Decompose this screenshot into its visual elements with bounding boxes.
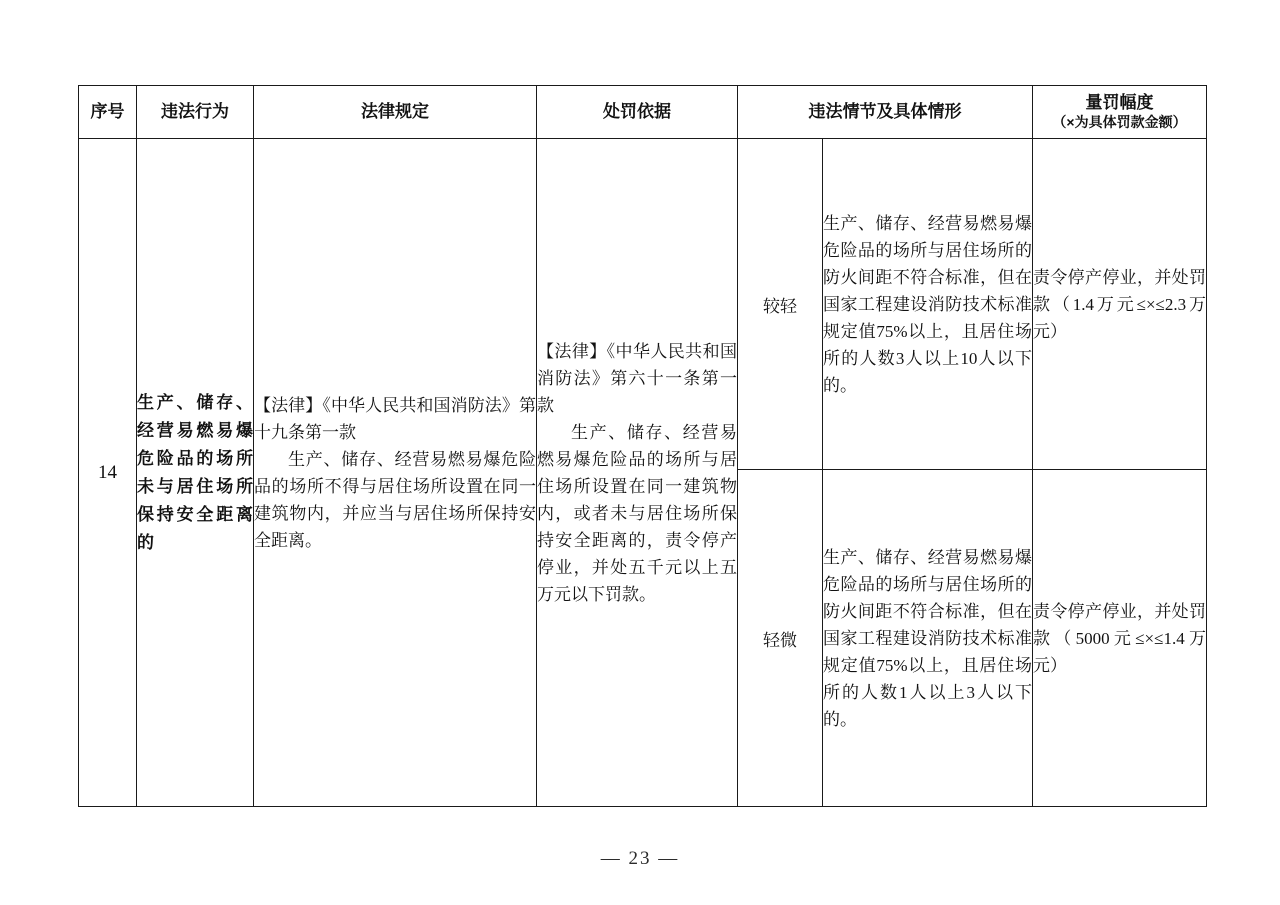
legal-provision-body: 生产、储存、经营易燃易爆危险品的场所不得与居住场所设置在同一建筑物内，并应当与居… bbox=[254, 446, 536, 554]
page-number: — 23 — bbox=[0, 848, 1280, 870]
penalty-basis-cell: 【法律】《中华人民共和国消防法》第六十一条第一款 生产、储存、经营易燃易爆危险品… bbox=[537, 139, 738, 807]
circumstance-description-cell: 生产、储存、经营易燃易爆危险品的场所与居住场所的防火间距不符合标准，但在国家工程… bbox=[823, 470, 1033, 807]
circumstance-description-cell: 生产、储存、经营易燃易爆危险品的场所与居住场所的防火间距不符合标准，但在国家工程… bbox=[823, 139, 1033, 470]
header-index: 序号 bbox=[79, 86, 137, 139]
header-penalty-range-line2: （×为具体罚款金额） bbox=[1033, 114, 1206, 132]
severity-cell: 轻微 bbox=[738, 470, 823, 807]
behavior-cell: 生产、储存、经营易燃易爆危险品的场所未与居住场所保持安全距离的 bbox=[137, 139, 254, 807]
header-behavior: 违法行为 bbox=[137, 86, 254, 139]
penalty-basis-body: 生产、储存、经营易燃易爆危险品的场所与居住场所设置在同一建筑物内，或者未与居住场… bbox=[537, 419, 737, 608]
legal-provision-cell: 【法律】《中华人民共和国消防法》第十九条第一款 生产、储存、经营易燃易爆危险品的… bbox=[254, 139, 537, 807]
penalty-range-cell: 责令停产停业，并处罚款（1.4万元≤×≤2.3万元） bbox=[1033, 139, 1207, 470]
header-legal-provision: 法律规定 bbox=[254, 86, 537, 139]
legal-provision-title: 【法律】《中华人民共和国消防法》第十九条第一款 bbox=[254, 392, 536, 446]
table-header-row: 序号 违法行为 法律规定 处罚依据 违法情节及具体情形 量罚幅度 （×为具体罚款… bbox=[79, 86, 1207, 139]
severity-cell: 较轻 bbox=[738, 139, 823, 470]
header-penalty-range-line1: 量罚幅度 bbox=[1086, 93, 1154, 112]
row-index-cell: 14 bbox=[79, 139, 137, 807]
table-row: 14 生产、储存、经营易燃易爆危险品的场所未与居住场所保持安全距离的 【法律】《… bbox=[79, 139, 1207, 470]
penalty-basis-title: 【法律】《中华人民共和国消防法》第六十一条第一款 bbox=[537, 338, 737, 419]
header-circumstances: 违法情节及具体情形 bbox=[738, 86, 1033, 139]
header-penalty-basis: 处罚依据 bbox=[537, 86, 738, 139]
penalty-range-cell: 责令停产停业，并处罚款（5000元≤×≤1.4万元） bbox=[1033, 470, 1207, 807]
header-penalty-range: 量罚幅度 （×为具体罚款金额） bbox=[1033, 86, 1207, 139]
penalty-discretion-table: 序号 违法行为 法律规定 处罚依据 违法情节及具体情形 量罚幅度 （×为具体罚款… bbox=[78, 85, 1207, 807]
